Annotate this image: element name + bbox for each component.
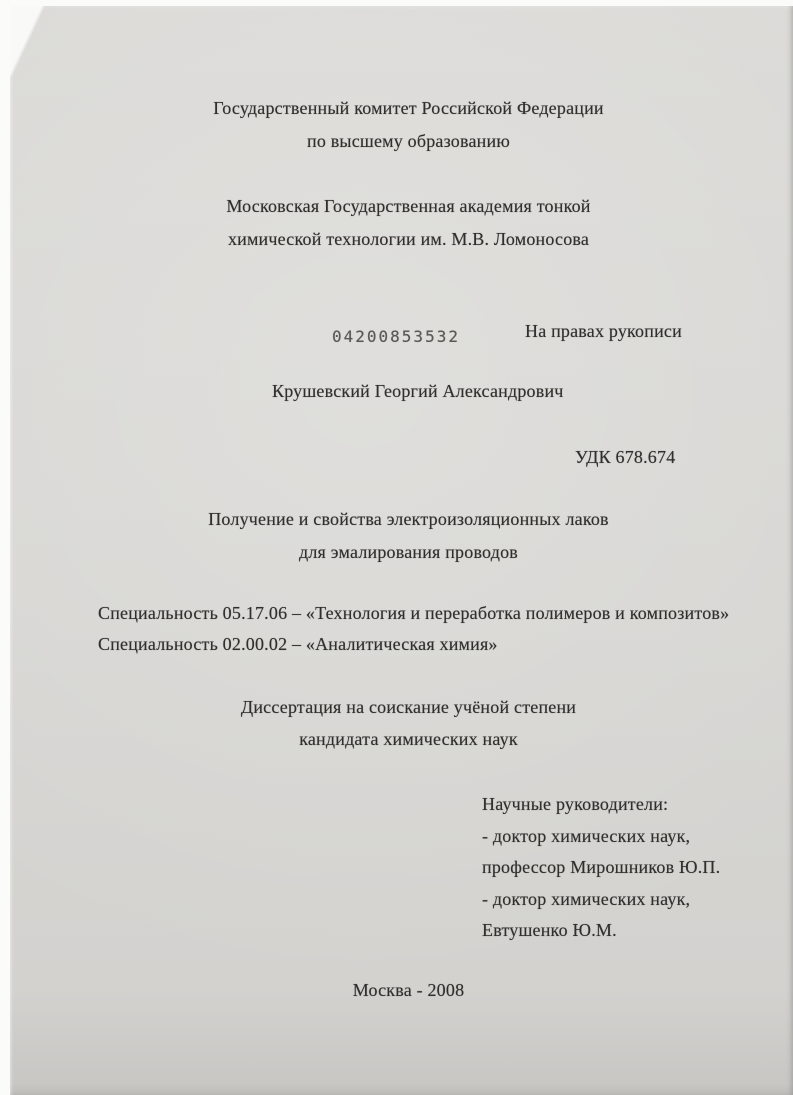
city-and-year: Москва - 2008 <box>24 980 793 1001</box>
author-name: Крушевский Георгий Александрович <box>272 381 564 402</box>
registration-stamp-number: 04200853532 <box>332 327 460 346</box>
degree-statement-line1: Диссертация на соискание учёной степени <box>24 697 793 718</box>
committee-name-line1: Государственный комитет Российской Федер… <box>24 98 793 119</box>
paper-corner-fold <box>10 6 240 76</box>
supervisor-1-degree: - доктор химических наук, <box>482 826 690 847</box>
scanned-page: Государственный комитет Российской Федер… <box>10 6 793 1095</box>
supervisors-heading: Научные руководители: <box>482 794 668 815</box>
academy-name-line1: Московская Государственная академия тонк… <box>24 196 793 217</box>
degree-statement-line2: кандидата химических наук <box>24 729 793 750</box>
dissertation-title-line2: для эмалирования проводов <box>24 542 793 563</box>
specialty-line-1: Специальность 05.17.06 – «Технология и п… <box>98 603 729 624</box>
committee-name-line2: по высшему образованию <box>24 131 793 152</box>
manuscript-rights-note: На правах рукописи <box>525 321 682 342</box>
supervisor-1-name: профессор Мирошников Ю.П. <box>482 857 720 878</box>
dissertation-title-line1: Получение и свойства электроизоляционных… <box>24 509 793 530</box>
supervisor-2-degree: - доктор химических наук, <box>482 889 690 910</box>
academy-name-line2: химической технологии им. М.В. Ломоносов… <box>24 229 793 250</box>
supervisor-2-name: Евтушенко Ю.М. <box>482 920 617 941</box>
udc-code: УДК 678.674 <box>575 447 675 468</box>
scan-canvas: Государственный комитет Российской Федер… <box>0 0 793 1095</box>
specialty-line-2: Специальность 02.00.02 – «Аналитическая … <box>98 634 498 655</box>
